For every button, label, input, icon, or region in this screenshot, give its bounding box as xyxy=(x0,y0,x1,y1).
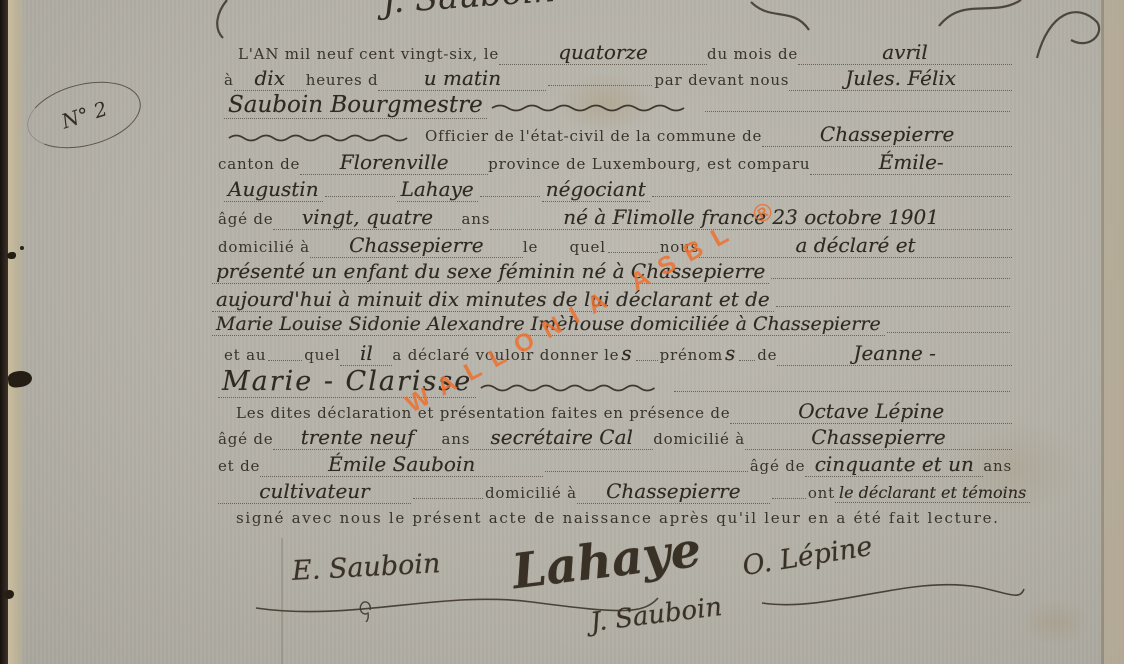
form-line: âgé de trente neuf ans secrétaire Cal do… xyxy=(218,425,1012,449)
hand-firstname-1: Jeanne - xyxy=(777,341,1012,366)
form-line: Augustin Lahaye négociant xyxy=(224,177,1012,201)
hand-canton: Florenville xyxy=(300,150,488,175)
printed-text: âgé de xyxy=(750,457,805,475)
printed-text: ont xyxy=(808,484,835,502)
hand-witness2-name: Émile Sauboin xyxy=(260,452,543,477)
form-line: Marie - Clarisse xyxy=(218,366,1012,396)
printed-text: Officier de l'état-civil de la commune d… xyxy=(425,127,762,145)
form-line: Officier de l'état-civil de la commune d… xyxy=(224,122,1012,146)
form-line: signé avec nous le présent acte de naiss… xyxy=(236,509,1012,533)
signature-e-sauboin: E. Sauboin xyxy=(291,548,441,587)
printed-text: domicilié à xyxy=(653,430,745,448)
hand-day: quatorze xyxy=(499,40,707,65)
dotted-blank xyxy=(548,80,652,86)
printed-text: domicilié à xyxy=(218,238,310,256)
dotted-blank xyxy=(674,386,1010,392)
dotted-blank xyxy=(739,355,755,361)
signature-flourish xyxy=(758,573,1028,613)
printed-text: L'AN mil neuf cent vingt-six, le xyxy=(238,45,499,63)
printed-text: le quel xyxy=(523,238,606,256)
printed-text: à xyxy=(224,71,234,89)
hand-witness1-residence: Chassepierre xyxy=(745,425,1012,450)
printed-text: prénom xyxy=(660,346,723,364)
paper-crease xyxy=(281,538,283,664)
dotted-blank xyxy=(887,327,1010,333)
dotted-blank xyxy=(771,273,1010,279)
hand-hour: dix xyxy=(234,66,306,91)
wavy-fill-line xyxy=(227,133,422,142)
printed-text: ans xyxy=(441,430,470,448)
hand-witness1-age: trente neuf xyxy=(273,425,441,450)
ink-blot xyxy=(7,252,16,259)
form-line: cultivateur domicilié à Chassepierre ont… xyxy=(218,479,1012,503)
form-line: Les dites déclaration et présentation fa… xyxy=(236,399,1012,423)
dotted-blank xyxy=(636,355,658,361)
printed-text: âgé de xyxy=(218,210,273,228)
printed-text: heures d xyxy=(306,71,379,89)
dotted-blank xyxy=(652,191,1010,197)
hand-declarant-firstname-2: Augustin xyxy=(224,177,323,202)
form-line: à dix heures d u matin par devant nous J… xyxy=(224,66,1012,90)
hand-officer-name-title: Sauboin Bourgmestre xyxy=(224,92,487,119)
document-page: J. Sauboin N° 2 L'AN mil neuf cent vingt… xyxy=(0,0,1124,664)
ink-stroke-fragment xyxy=(205,0,235,40)
printed-text: signé avec nous le présent acte de naiss… xyxy=(236,509,1000,527)
hand-witness1-job: secrétaire Cal xyxy=(470,425,653,450)
printed-text: canton de xyxy=(218,155,300,173)
hand-witness2-age: cinquante et un xyxy=(805,452,983,477)
hand-witness2-residence: Chassepierre xyxy=(577,479,770,504)
hand-commune: Chassepierre xyxy=(762,122,1012,147)
wavy-fill-line xyxy=(490,103,700,112)
form-line: âgé de vingt, quatre ans né à Flimolle f… xyxy=(218,205,1012,229)
dotted-blank xyxy=(705,106,1010,112)
scan-edge-left xyxy=(0,0,8,664)
hand-declarant-profession: négociant xyxy=(542,177,650,202)
printed-text: et au xyxy=(224,346,266,364)
printed-text: ans xyxy=(983,457,1012,475)
signature-lahaye: Lahaye xyxy=(509,522,704,601)
hand-plural-s: s xyxy=(723,341,737,365)
hand-officer-firstnames: Jules. Félix xyxy=(789,66,1012,91)
hand-witness1-name: Octave Lépine xyxy=(730,399,1012,424)
printed-text: du mois de xyxy=(707,45,798,63)
ink-stroke-fragment xyxy=(745,0,815,34)
hand-birth-time-line: aujourd'hui à minuit dix minutes de lui … xyxy=(212,287,774,312)
hand-witness2-job: cultivateur xyxy=(218,479,411,504)
wavy-fill-line xyxy=(479,383,669,392)
dotted-blank xyxy=(545,466,748,472)
dotted-blank xyxy=(268,355,302,361)
act-number: N° 2 xyxy=(58,96,110,133)
hand-plural-s: s xyxy=(619,341,633,365)
dotted-blank xyxy=(413,493,483,499)
printed-text: quel xyxy=(304,346,340,364)
printed-text: Les dites déclaration et présentation fa… xyxy=(236,404,730,422)
form-line: Sauboin Bourgmestre xyxy=(224,92,1012,116)
dotted-blank xyxy=(772,493,806,499)
printed-text: et de xyxy=(218,457,260,475)
hand-declarant-age: vingt, quatre xyxy=(273,205,461,230)
page-edge xyxy=(1104,0,1124,664)
form-line: canton de Florenville province de Luxemb… xyxy=(218,150,1012,174)
ink-blot xyxy=(7,369,33,388)
hand-declarant-surname: Lahaye xyxy=(397,177,478,202)
page-edge-left xyxy=(8,0,25,664)
hand-residence: Chassepierre xyxy=(310,233,523,258)
form-line: et de Émile Sauboin âgé de cinquante et … xyxy=(218,452,1012,476)
paper-stain xyxy=(1020,600,1090,645)
dotted-blank xyxy=(776,301,1010,307)
form-line: et au quel il a déclaré vouloir donner l… xyxy=(224,341,1012,365)
form-line: Marie Louise Sidonie Alexandre Imèhouse … xyxy=(212,313,1012,337)
printed-text: province de Luxembourg, est comparu xyxy=(488,155,810,173)
printed-text: âgé de xyxy=(218,430,273,448)
printed-text: ans xyxy=(461,210,490,228)
printed-text: domicilié à xyxy=(485,484,577,502)
act-number-oval: N° 2 xyxy=(20,71,148,159)
printed-text: de xyxy=(757,346,777,364)
top-signature-fragment: J. Sauboin xyxy=(381,0,556,22)
ink-blot xyxy=(20,246,24,250)
dotted-blank xyxy=(325,191,395,197)
printed-text: par devant nous xyxy=(654,71,789,89)
ink-stroke-fragment xyxy=(935,0,1025,30)
form-line: domicilié à Chassepierre le quel nous a … xyxy=(218,233,1012,257)
dotted-blank xyxy=(480,191,540,197)
hand-pronoun: il xyxy=(340,341,392,366)
hand-month: avril xyxy=(798,40,1012,65)
hand-signers: le déclarant et témoins xyxy=(835,483,1030,503)
form-line: L'AN mil neuf cent vingt-six, le quatorz… xyxy=(238,40,1012,64)
hand-declarant-firstname: Émile- xyxy=(810,150,1012,175)
dotted-blank xyxy=(608,247,658,253)
hand-time-of-day: u matin xyxy=(378,66,546,91)
